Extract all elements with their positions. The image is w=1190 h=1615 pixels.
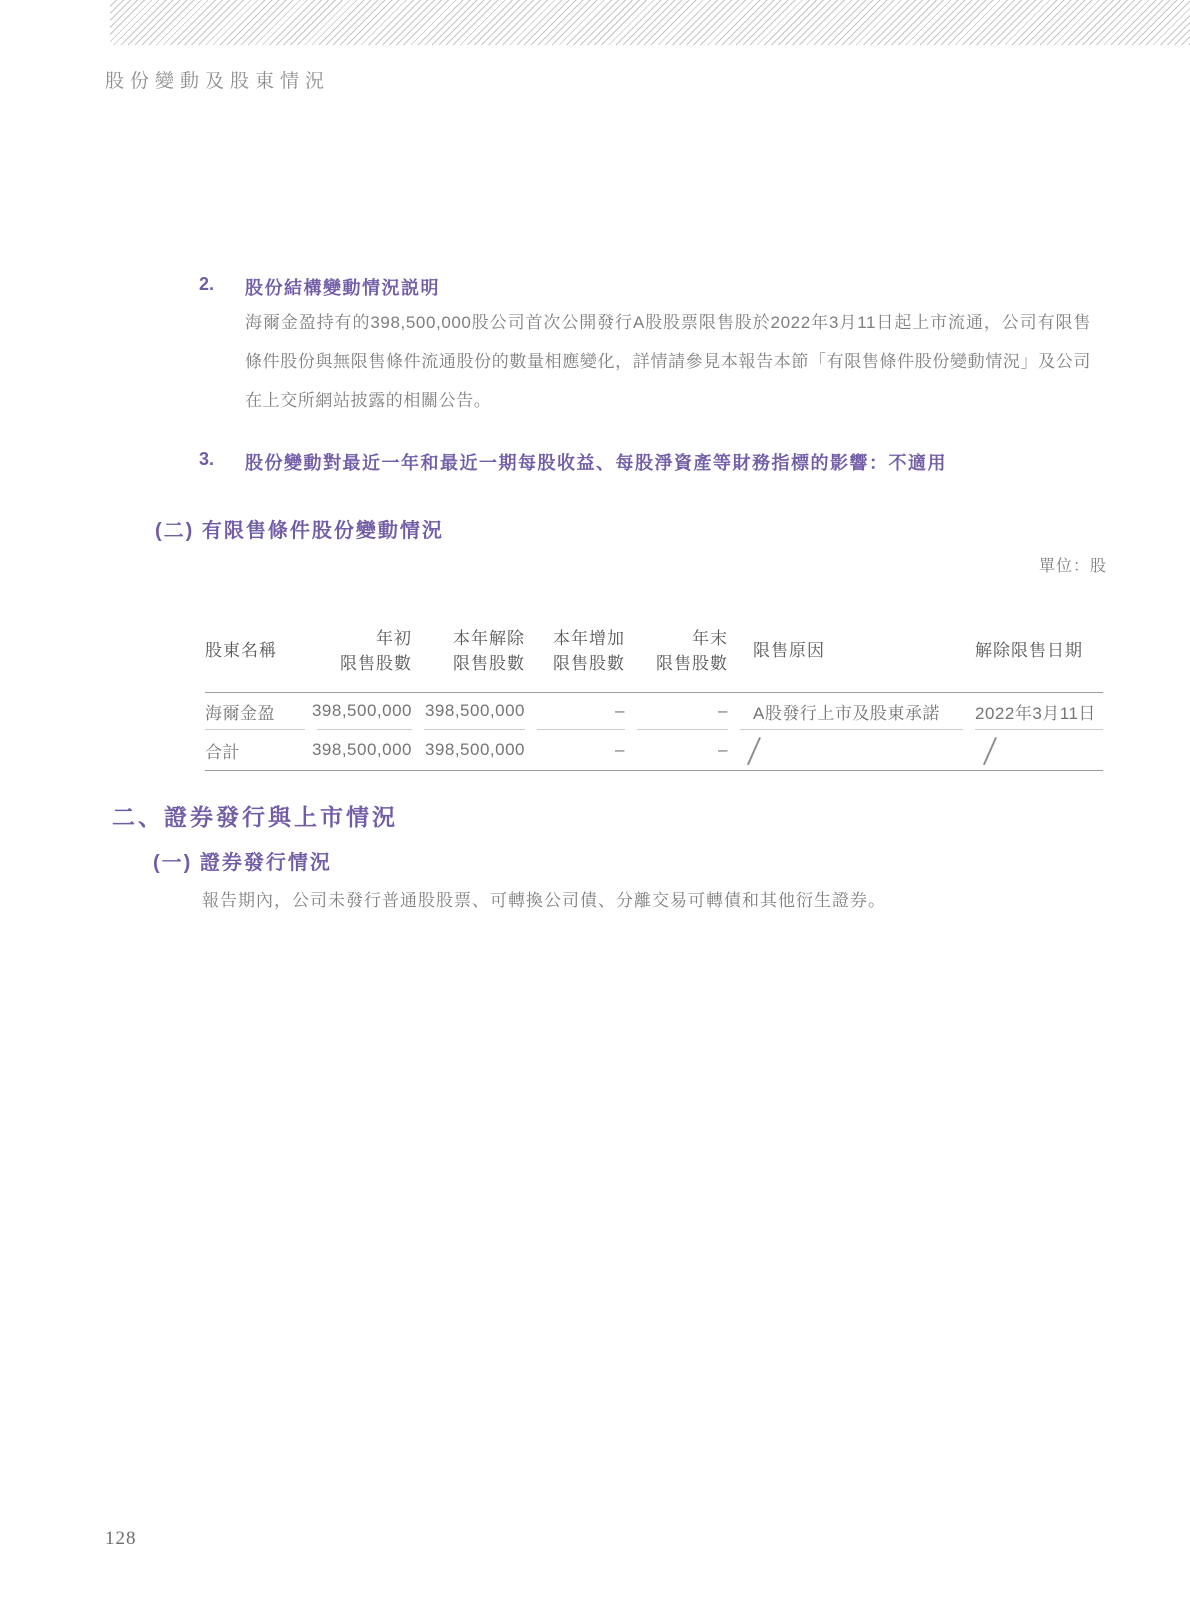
cell-total-date [975,730,1103,770]
cell-yearend: – [637,693,728,730]
page-header-title: 股份變動及股東情況 [105,66,330,93]
table-header-row: 股東名稱 年初 限售股數 本年解除 限售股數 本年增加 限售股數 年末 限售股數… [205,609,1103,693]
item-2-number: 2. [199,274,245,300]
cell-increased: – [537,693,625,730]
table-row: 海爾金盈 398,500,000 398,500,000 – – A股發行上市及… [205,693,1103,730]
cell-begin-restricted: 398,500,000 [317,693,412,730]
slash-icon [983,737,997,765]
page-number: 128 [105,1528,137,1550]
item-2-heading: 2. 股份結構變動情況説明 [199,274,440,300]
cell-reason: A股發行上市及股東承諾 [740,693,963,730]
table-header-increased: 本年增加 限售股數 [537,609,625,692]
cell-total-yearend: – [637,730,728,770]
section-restricted-heading: (二) 有限售條件股份變動情況 [155,514,444,543]
cell-total-released: 398,500,000 [424,730,525,770]
section-two-one-body: 報告期內，公司未發行普通股股票、可轉換公司債、分離交易可轉債和其他衍生證券。 [202,886,886,911]
cell-total-label: 合計 [205,730,305,770]
table-header-release-date: 解除限售日期 [975,609,1103,692]
item-3-title: 股份變動對最近一年和最近一期每股收益、每股淨資產等財務指標的影響：不適用 [245,449,947,475]
cell-total-reason [740,730,963,770]
slash-icon [747,737,761,765]
cell-release-date: 2022年3月11日 [975,693,1103,730]
item-3-number: 3. [199,449,245,475]
item-3-heading: 3. 股份變動對最近一年和最近一期每股收益、每股淨資產等財務指標的影響：不適用 [199,449,947,475]
cell-total-increased: – [537,730,625,770]
section-two-heading: 二、證券發行與上市情況 [112,799,398,832]
table-header-released: 本年解除 限售股數 [424,609,525,692]
table-row-total: 合計 398,500,000 398,500,000 – – [205,730,1103,770]
cell-total-begin: 398,500,000 [317,730,412,770]
section-two-one-heading: (一) 證券發行情況 [153,846,332,875]
cell-shareholder-name: 海爾金盈 [205,693,305,730]
unit-note: 單位：股 [1039,553,1107,576]
table-header-shareholder-name: 股東名稱 [205,609,305,692]
item-2-body: 海爾金盈持有的398,500,000股公司首次公開發行A股股票限售股於2022年… [245,303,1091,420]
cell-released: 398,500,000 [424,693,525,730]
table-header-begin-restricted: 年初 限售股數 [317,609,412,692]
restricted-shares-table: 股東名稱 年初 限售股數 本年解除 限售股數 本年增加 限售股數 年末 限售股數… [205,609,1103,771]
item-2-title: 股份結構變動情況説明 [245,274,440,300]
table-header-yearend: 年末 限售股數 [637,609,728,692]
hatch-banner [110,0,1190,45]
table-header-reason: 限售原因 [740,609,963,692]
